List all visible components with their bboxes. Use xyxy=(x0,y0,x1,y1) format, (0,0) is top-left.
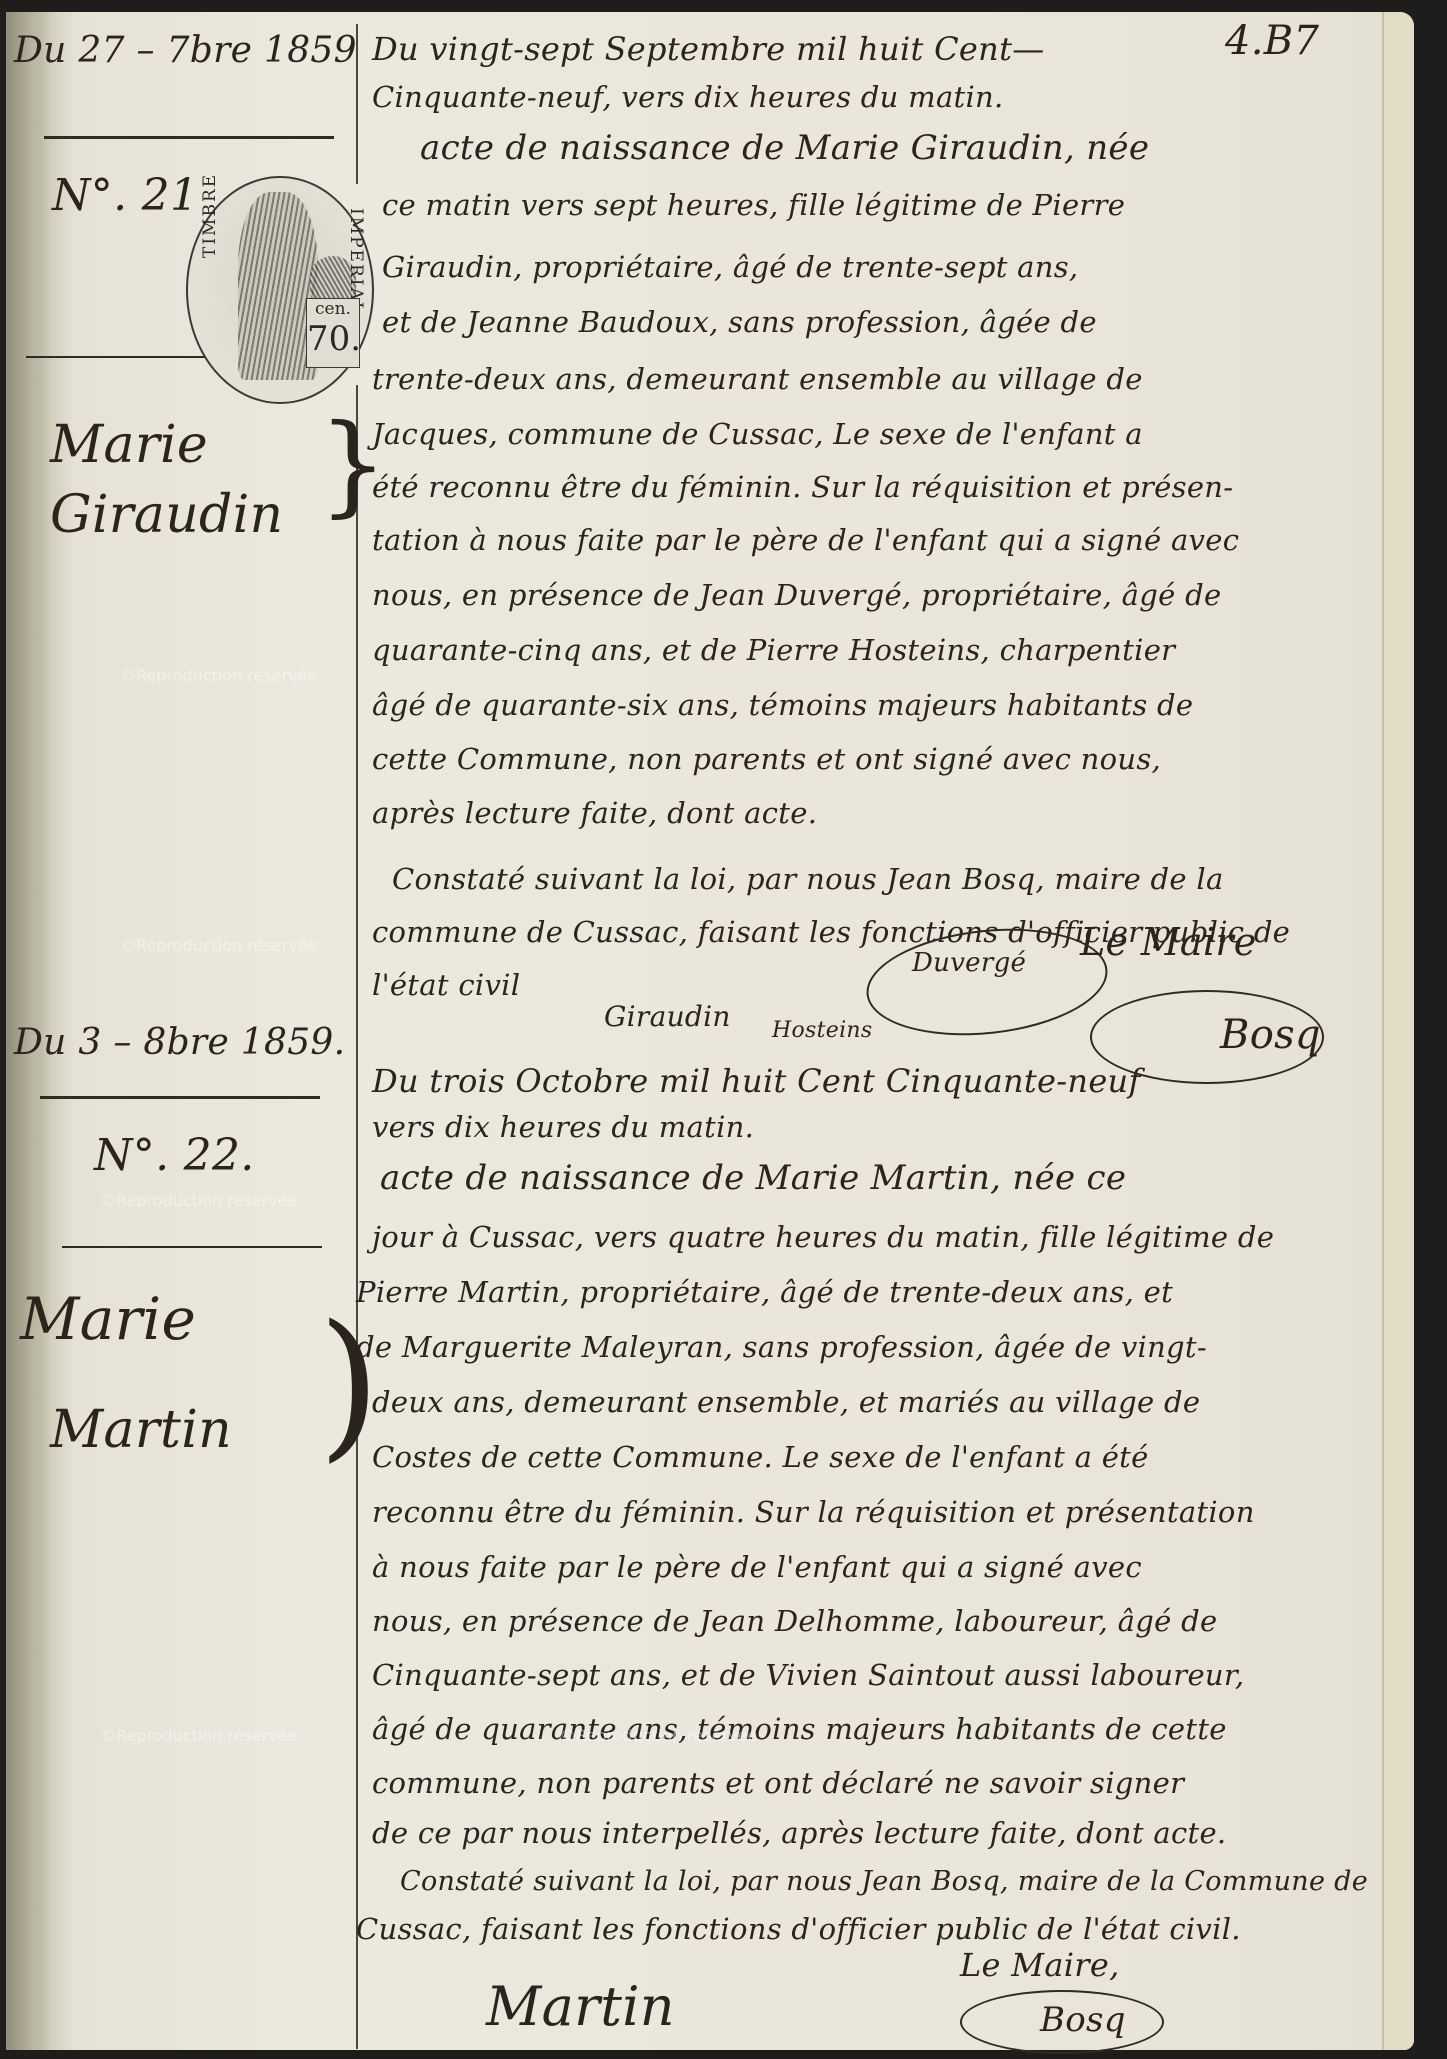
record-1-line: tation à nous faite par le père de l'enf… xyxy=(372,523,1239,557)
margin-rule xyxy=(356,385,358,2049)
watermark: ©Reproduction réservée xyxy=(560,1725,757,1747)
record-1-title-line: acte de naissance de Marie Giraudin, née xyxy=(420,128,1149,168)
folio-number: 4.B7 xyxy=(1225,18,1319,64)
record-1-line: et de Jeanne Baudoux, sans profession, â… xyxy=(382,305,1097,339)
divider-rule xyxy=(40,1096,320,1099)
record-1-line: après lecture faite, dont acte. xyxy=(372,796,817,830)
record-1-closing: l'état civil xyxy=(372,968,520,1002)
brace-rule xyxy=(62,1246,322,1248)
record-2-line: de ce par nous interpellés, après lectur… xyxy=(372,1816,1226,1850)
record-1-name-first: Marie xyxy=(50,415,208,475)
stamp-unit: cen. xyxy=(307,299,359,319)
record-1-line: nous, en présence de Jean Duvergé, propr… xyxy=(372,578,1221,612)
record-2-line: de Marguerite Maleyran, sans profession,… xyxy=(356,1330,1207,1364)
signature-father: Giraudin xyxy=(604,1000,731,1033)
record-1-line: cette Commune, non parents et ont signé … xyxy=(372,742,1161,776)
record-2-line: Du trois Octobre mil huit Cent Cinquante… xyxy=(372,1062,1141,1100)
record-2-closing: Constaté suivant la loi, par nous Jean B… xyxy=(400,1866,1368,1897)
record-2-name-first: Marie xyxy=(20,1285,196,1353)
watermark: ©Reproduction réservée xyxy=(120,665,317,687)
record-2-date: Du 3 – 8bre 1859. xyxy=(14,1022,345,1063)
watermark: ©Reproduction réservée xyxy=(100,1725,297,1747)
signature-mayor: Bosq xyxy=(1220,1012,1321,1058)
signature-father: Martin xyxy=(486,1975,675,2038)
watermark: ©Reproduction réservée xyxy=(120,935,317,957)
record-2-closing: Cussac, faisant les fonctions d'officier… xyxy=(356,1912,1241,1946)
record-1-name-last: Giraudin xyxy=(50,485,283,545)
page-edge xyxy=(1382,12,1414,2050)
record-2-line: vers dix heures du matin. xyxy=(372,1110,754,1144)
divider-rule xyxy=(44,136,334,139)
signature-witness-1: Duvergé xyxy=(912,948,1026,978)
record-1-line: ce matin vers sept heures, fille légitim… xyxy=(382,188,1125,222)
record-1-line: quarante-cinq ans, et de Pierre Hosteins… xyxy=(372,633,1175,667)
record-2-line: reconnu être du féminin. Sur la réquisit… xyxy=(372,1495,1255,1529)
watermark: ©Reproduction réservée xyxy=(100,1190,297,1212)
record-2-title-line: acte de naissance de Marie Martin, née c… xyxy=(380,1158,1126,1198)
record-1-line: été reconnu être du féminin. Sur la réqu… xyxy=(372,470,1233,504)
record-2-line: commune, non parents et ont déclaré ne s… xyxy=(372,1766,1184,1800)
record-1-line: Cinquante-neuf, vers dix heures du matin… xyxy=(372,80,1004,114)
signature-witness-2: Hosteins xyxy=(772,1018,872,1043)
record-2-line: à nous faite par le père de l'enfant qui… xyxy=(372,1550,1142,1584)
record-2-number: N°. 22. xyxy=(94,1130,255,1181)
stamp-label-left: TIMBRE xyxy=(200,173,220,258)
record-1-line: Jacques, commune de Cussac, Le sexe de l… xyxy=(372,417,1143,451)
record-1-line: âgé de quarante-six ans, témoins majeurs… xyxy=(372,688,1193,722)
record-2-line: âgé de quarante ans, témoins majeurs hab… xyxy=(372,1712,1227,1746)
record-2-line: jour à Cussac, vers quatre heures du mat… xyxy=(372,1220,1274,1254)
stamp-value: 70. xyxy=(307,319,359,359)
record-2-name-last: Martin xyxy=(50,1400,232,1460)
record-1-number: N°. 21 xyxy=(52,170,198,221)
record-1-closing: Constaté suivant la loi, par nous Jean B… xyxy=(392,862,1224,896)
record-2-line: nous, en présence de Jean Delhomme, labo… xyxy=(372,1604,1217,1638)
stamp-value-box: cen. 70. xyxy=(306,298,360,368)
record-1-date: Du 27 – 7bre 1859 xyxy=(14,30,357,71)
record-1-line: trente-deux ans, demeurant ensemble au v… xyxy=(372,362,1143,396)
record-1-line: Giraudin, propriétaire, âgé de trente-se… xyxy=(382,250,1078,284)
record-1-line: Du vingt-sept Septembre mil huit Cent— xyxy=(372,30,1045,68)
record-2-line: Pierre Martin, propriétaire, âgé de tren… xyxy=(356,1275,1173,1309)
mayor-title: Le Maire xyxy=(1080,920,1257,964)
imperial-tax-stamp: TIMBRE IMPERIAL cen. 70. xyxy=(186,176,374,404)
record-2-line: Cinquante-sept ans, et de Vivien Saintou… xyxy=(372,1658,1244,1692)
record-2-line: Costes de cette Commune. Le sexe de l'en… xyxy=(372,1440,1149,1474)
record-2-line: deux ans, demeurant ensemble, et mariés … xyxy=(372,1385,1200,1419)
mayor-title: Le Maire, xyxy=(960,1946,1120,1984)
signature-mayor: Bosq xyxy=(1040,2000,1126,2040)
